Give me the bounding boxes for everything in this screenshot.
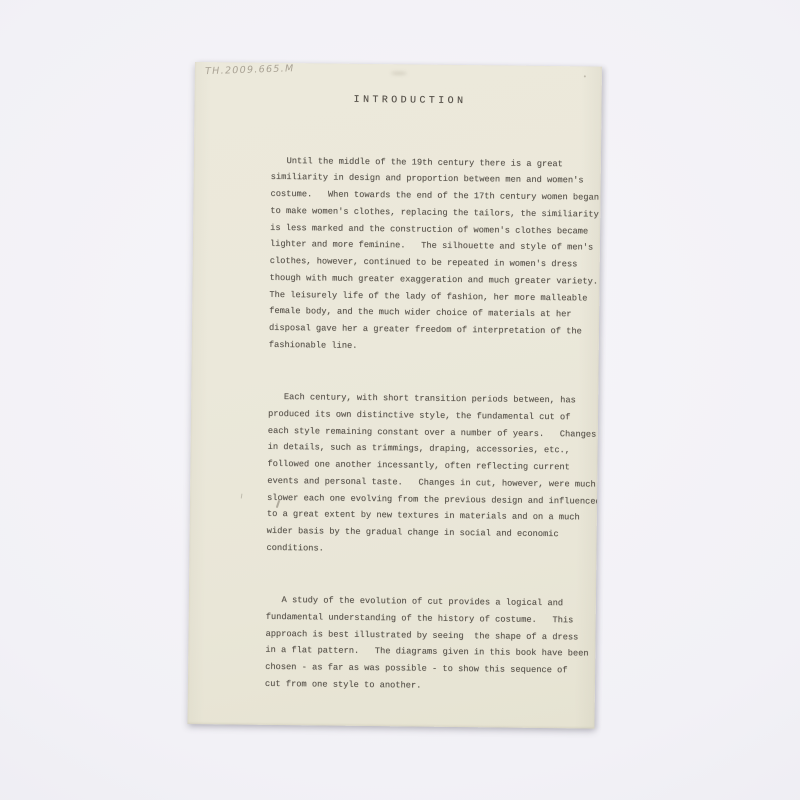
paragraph-3: A study of the evolution of cut provides…: [265, 592, 596, 696]
paragraph-2: Each century, with short transition peri…: [266, 389, 598, 560]
page-title: INTRODUCTION: [354, 95, 467, 107]
body-text: Until the middle of the 19th century the…: [264, 119, 601, 729]
accession-number-annotation: TH.2009.665.M: [205, 63, 295, 77]
paragraph-1: Until the middle of the 19th century the…: [269, 152, 601, 357]
pencil-speck-mark: [584, 75, 586, 77]
pencil-tick-mark-small: [241, 494, 243, 499]
pencil-smudge-mark: [391, 71, 407, 75]
photo-background: TH.2009.665.M INTRODUCTION Until the mid…: [0, 0, 800, 800]
document-page: TH.2009.665.M INTRODUCTION Until the mid…: [187, 62, 601, 729]
